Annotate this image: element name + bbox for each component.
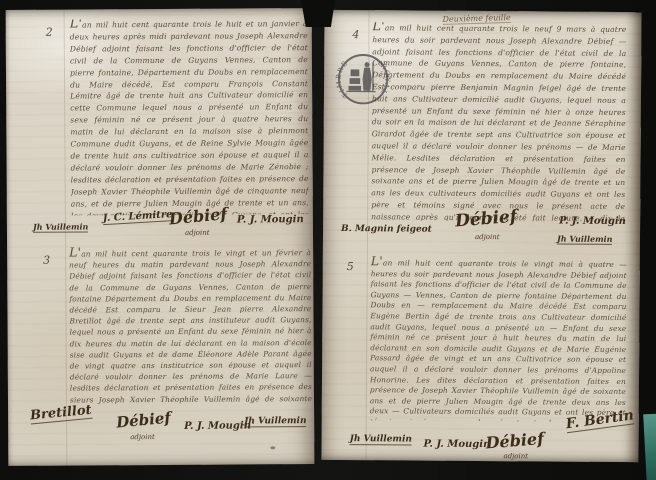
act-number: 3 bbox=[43, 254, 50, 267]
spine-shadow bbox=[301, 0, 335, 27]
act-text: L'an mil huit cent quarante trois le hui… bbox=[70, 18, 309, 215]
signature-bretillot: Bretillot bbox=[29, 403, 92, 425]
signature-mougin: P. J. Mougin bbox=[424, 439, 491, 450]
act-text: L'an mil huit cent quarante trois le neu… bbox=[371, 22, 626, 222]
act-text: L'an mil huit cent quarante trois le vin… bbox=[370, 256, 627, 422]
signature-lemitre: J. C. Lémitre bbox=[103, 209, 173, 225]
signature-vuillemin: Jh Vuillemin bbox=[244, 416, 306, 427]
signature-debief-title: adjoint bbox=[475, 233, 500, 241]
act-text: L'an mil huit cent quarante trois le vin… bbox=[69, 246, 312, 405]
scanned-register-spread: 2 L'an mil huit cent quarante trois le h… bbox=[0, 0, 656, 480]
teal-page-marker bbox=[643, 414, 656, 480]
signature-debief-title: adjoint bbox=[503, 452, 528, 460]
signature-magnin: B. Magnin feigeot bbox=[341, 224, 432, 235]
signature-debief: Débief bbox=[485, 429, 545, 453]
act-number: 5 bbox=[347, 260, 354, 273]
signature-debief: Débief bbox=[168, 204, 228, 228]
right-page: Deuxième feuille TIMBRE ROYAL 4 L bbox=[321, 10, 641, 462]
signature-debief-title: adjoint bbox=[185, 229, 210, 237]
signature-debief: Débief bbox=[115, 409, 171, 432]
ink-blot bbox=[270, 446, 275, 449]
signature-debief: Débief bbox=[454, 207, 517, 232]
signature-mougin: P. J. Mougin bbox=[184, 420, 251, 431]
signature-debief-title: adjoint bbox=[130, 433, 155, 441]
signature-vuillemin: Jh Vuillemin bbox=[557, 234, 613, 245]
margin-crease bbox=[64, 10, 68, 466]
signature-mougin: P. J. Mougin bbox=[559, 216, 626, 227]
left-page: 2 L'an mil huit cent quarante trois le h… bbox=[6, 8, 315, 466]
signature-vuillemin: Jh Vuillemin bbox=[350, 434, 412, 445]
signature-mougin: P. J. Mougin bbox=[237, 214, 304, 225]
act-number: 2 bbox=[46, 26, 53, 39]
signature-vuillemin: Jh Vuillemin bbox=[33, 221, 89, 232]
act-number: 4 bbox=[352, 28, 359, 41]
